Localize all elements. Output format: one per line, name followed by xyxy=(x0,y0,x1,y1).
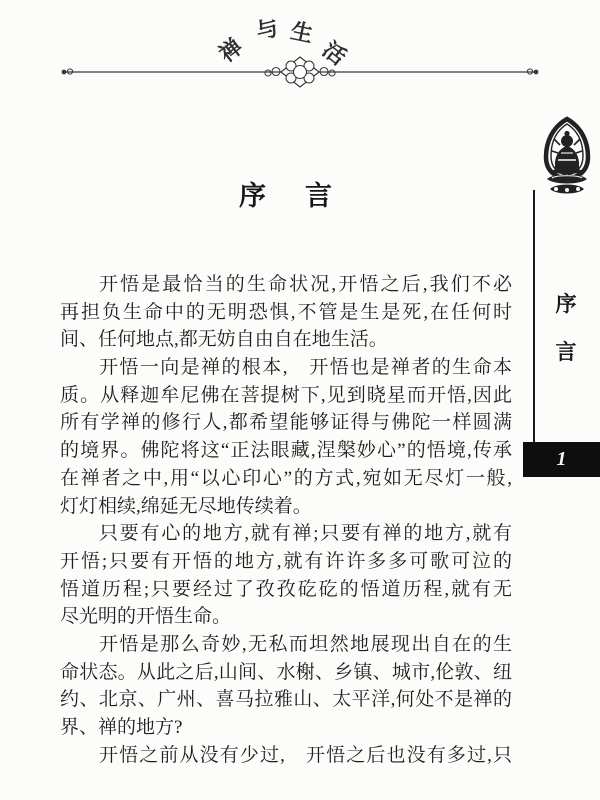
buddha-icon xyxy=(538,114,596,208)
text-line: 灯灯相续,绵延无尽地传续着。 xyxy=(60,493,512,521)
sidebar-running-title: 序 言 xyxy=(546,288,586,366)
page-title-char: 序 xyxy=(239,174,267,213)
text-line: 尽光明的开悟生命。 xyxy=(60,603,512,631)
body-text: 开悟是最恰当的生命状况,开悟之后,我们不必 再担负生命中的无明恐惧,不管是生是死… xyxy=(60,271,512,769)
text-line: 再担负生命中的无明恐惧,不管是生是死,在任何时 xyxy=(60,299,512,327)
sidebar-divider xyxy=(533,190,535,442)
flourish-rule-icon xyxy=(0,55,600,95)
page-title: 序 言 xyxy=(60,174,512,213)
text-line: 约、北京、广州、喜马拉雅山、太平洋,何处不是禅的世 xyxy=(60,686,512,714)
text-line: 界、禅的地方? xyxy=(60,714,512,742)
text-line: 开悟之前从没有少过, 开悟之后也没有多过,只 xyxy=(60,742,512,770)
header-arc-char: 生 xyxy=(288,14,316,49)
text-line: 悟道历程;只要经过了孜孜矻矻的悟道历程,就有无 xyxy=(60,576,512,604)
text-line: 开悟;只要有开悟的地方,就有许许多多可歌可泣的 xyxy=(60,548,512,576)
sidebar-title-char: 序 xyxy=(556,288,577,318)
page-title-char: 言 xyxy=(305,174,333,213)
text-line: 间、任何地点,都无妨自由自在地生活。 xyxy=(60,326,512,354)
text-line: 只要有心的地方,就有禅;只要有禅的地方,就有 xyxy=(60,520,512,548)
text-line: 的境界。佛陀将这“正法眼藏,涅槃妙心”的悟境,传承 xyxy=(60,437,512,465)
header-arc-char: 与 xyxy=(253,11,281,46)
sidebar-title-char: 言 xyxy=(556,336,577,366)
text-line: 命状态。从此之后,山间、水榭、乡镇、城市,伦敦、纽 xyxy=(60,659,512,687)
text-line: 开悟是那么奇妙,无私而坦然地展现出自在的生 xyxy=(60,631,512,659)
page-number: 1 xyxy=(557,448,567,471)
text-line: 在禅者之中,用“以心印心”的方式,宛如无尽灯一般, xyxy=(60,465,512,493)
page-number-tab: 1 xyxy=(523,442,600,477)
text-line: 开悟是最恰当的生命状况,开悟之后,我们不必 xyxy=(60,271,512,299)
text-line: 所有学禅的修行人,都希望能够证得与佛陀一样圆满 xyxy=(60,409,512,437)
book-page: 禅 与 生 活 序 言 开悟是最恰当的生命状况,开悟之后,我们不必 再担负生命中… xyxy=(0,0,600,800)
text-line: 质。从释迦牟尼佛在菩提树下,见到晓星而开悟,因此 xyxy=(60,382,512,410)
text-line: 开悟一向是禅的根本, 开悟也是禅者的生命本 xyxy=(60,354,512,382)
